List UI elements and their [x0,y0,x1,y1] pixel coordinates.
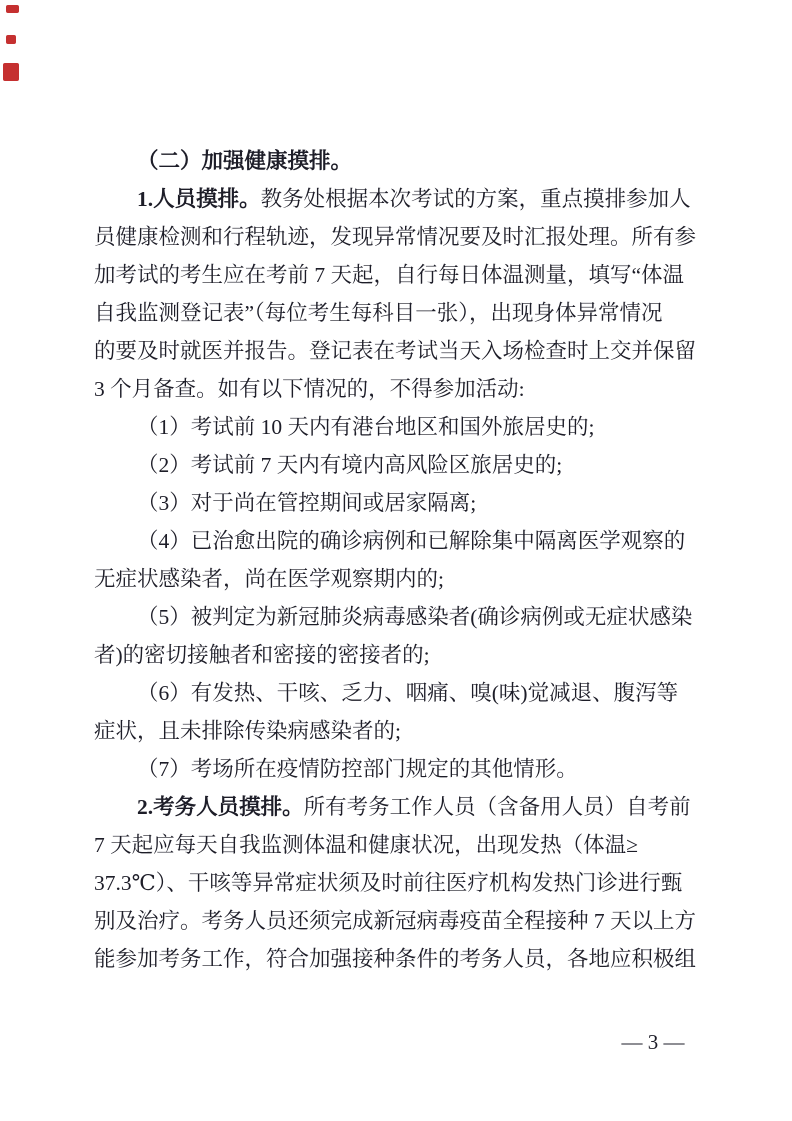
restriction-item-3: （3）对于尚在管控期间或居家隔离; [94,484,702,522]
paragraph1-text: 教务处根据本次考试的方案，重点摸排参加人 [261,187,691,211]
paragraph2-line: 能参加考务工作，符合加强接种条件的考务人员，各地应积极组 [94,940,702,978]
paragraph1-lead: 1.人员摸排。 [137,187,261,211]
paragraph2-text: 所有考务工作人员（含备用人员）自考前 [304,795,691,819]
paragraph2-lead: 2.考务人员摸排。 [137,795,304,819]
paragraph1-line: 加考试的考生应在考前 7 天起，自行每日体温测量，填写“体温 [94,256,702,294]
restriction-item-2: （2）考试前 7 天内有境内高风险区旅居史的; [94,446,702,484]
paragraph2-line: 2.考务人员摸排。所有考务工作人员（含备用人员）自考前 [94,788,702,826]
scan-artifact-red-mark-icon [6,5,19,13]
restriction-item-1: （1）考试前 10 天内有港台地区和国外旅居史的; [94,408,702,446]
paragraph2-line: 37.3℃）、干咳等异常症状须及时前往医疗机构发热门诊进行甄 [94,864,702,902]
restriction-item-6-continued: 症状，且未排除传染病感染者的; [94,712,702,750]
paragraph1-line: 的要及时就医并报告。登记表在考试当天入场检查时上交并保留 [94,332,702,370]
paragraph1-line: 1.人员摸排。教务处根据本次考试的方案，重点摸排参加人 [94,180,702,218]
paragraph1-line: 自我监测登记表”（每位考生每科目一张），出现身体异常情况 [94,294,702,332]
restriction-item-4-continued: 无症状感染者，尚在医学观察期内的; [94,560,702,598]
scan-artifact-red-mark-icon [3,63,19,81]
section-heading: （二）加强健康摸排。 [94,142,702,180]
document-page: （二）加强健康摸排。 1.人员摸排。教务处根据本次考试的方案，重点摸排参加人 员… [0,0,792,1121]
document-body: （二）加强健康摸排。 1.人员摸排。教务处根据本次考试的方案，重点摸排参加人 员… [94,142,702,978]
paragraph1-line: 3 个月备查。如有以下情况的，不得参加活动: [94,370,702,408]
restriction-item-4: （4）已治愈出院的确诊病例和已解除集中隔离医学观察的 [94,522,702,560]
scan-artifact-red-mark-icon [6,35,16,44]
paragraph2-line: 7 天起应每天自我监测体温和健康状况，出现发热（体温≥ [94,826,702,864]
restriction-item-6: （6）有发热、干咳、乏力、咽痛、嗅(味)觉减退、腹泻等 [94,674,702,712]
restriction-item-5: （5）被判定为新冠肺炎病毒感染者(确诊病例或无症状感染 [94,598,702,636]
restriction-item-7: （7）考场所在疫情防控部门规定的其他情形。 [94,750,702,788]
paragraph1-line: 员健康检测和行程轨迹，发现异常情况要及时汇报处理。所有参 [94,218,702,256]
restriction-item-5-continued: 者)的密切接触者和密接的密接者的; [94,636,702,674]
paragraph2-line: 别及治疗。考务人员还须完成新冠病毒疫苗全程接种 7 天以上方 [94,902,702,940]
page-number: — 3 — [613,1030,693,1054]
